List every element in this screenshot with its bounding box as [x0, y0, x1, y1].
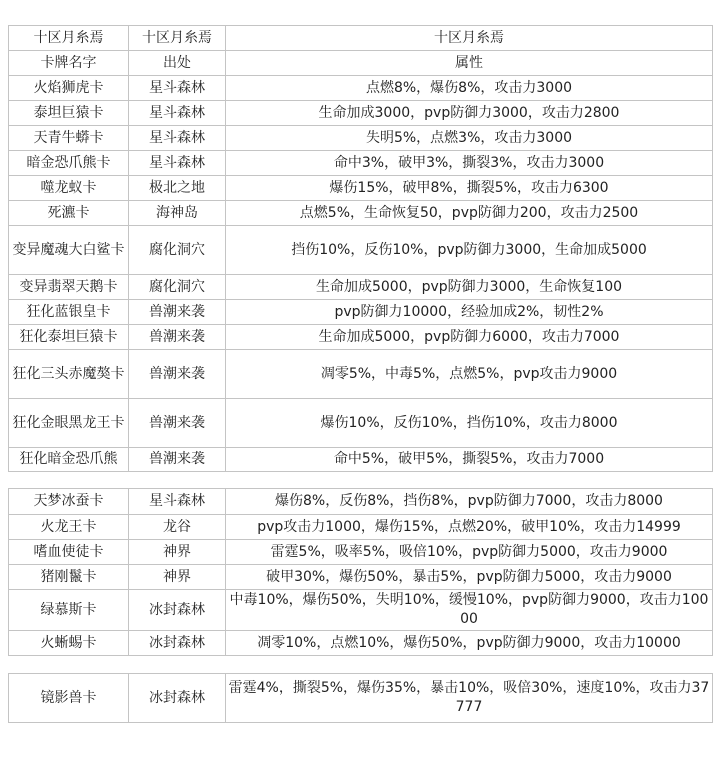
source-cell: 兽潮来袭 — [129, 399, 226, 448]
card-name-cell: 绿慕斯卡 — [9, 590, 129, 631]
table-row: 猪刚鬣卡神界破甲30%，爆伤50%，暴击5%，pvp防御力5000，攻击力900… — [9, 565, 713, 590]
table-row: 泰坦巨猿卡星斗森林生命加成3000，pvp防御力3000，攻击力2800 — [9, 101, 713, 126]
source-cell: 星斗森林 — [129, 101, 226, 126]
attributes-cell: 爆伤10%，反伤10%，挡伤10%，攻击力8000 — [226, 399, 713, 448]
table-row: 变异魔魂大白鲨卡腐化洞穴挡伤10%，反伤10%，pvp防御力3000，生命加成5… — [9, 226, 713, 275]
card-name-cell: 狂化三头赤魔獒卡 — [9, 350, 129, 399]
table-row: 暗金恐爪熊卡星斗森林命中3%，破甲3%，撕裂3%，攻击力3000 — [9, 151, 713, 176]
card-name-cell: 镜影兽卡 — [9, 674, 129, 723]
table-row: 狂化金眼黑龙王卡兽潮来袭爆伤10%，反伤10%，挡伤10%，攻击力8000 — [9, 399, 713, 448]
attributes-cell: 爆伤8%，反伤8%，挡伤8%，pvp防御力7000，攻击力8000 — [226, 489, 713, 515]
source-cell: 极北之地 — [129, 176, 226, 201]
card-name-cell: 狂化蓝银皇卡 — [9, 300, 129, 325]
attributes-cell: 挡伤10%，反伤10%，pvp防御力3000，生命加成5000 — [226, 226, 713, 275]
header-source: 出处 — [129, 51, 226, 76]
card-name-cell: 猪刚鬣卡 — [9, 565, 129, 590]
title-cell: 十区月糸焉 — [9, 26, 129, 51]
card-name-cell: 天青牛蟒卡 — [9, 126, 129, 151]
table-row: 火焰狮虎卡星斗森林点燃8%，爆伤8%，攻击力3000 — [9, 76, 713, 101]
card-name-cell: 狂化金眼黑龙王卡 — [9, 399, 129, 448]
attributes-cell: 命中3%，破甲3%，撕裂3%，攻击力3000 — [226, 151, 713, 176]
attributes-cell: pvp攻击力1000，爆伤15%，点燃20%，破甲10%，攻击力14999 — [226, 515, 713, 540]
attributes-cell: 点燃8%，爆伤8%，攻击力3000 — [226, 76, 713, 101]
table-row: 狂化三头赤魔獒卡兽潮来袭凋零5%，中毒5%，点燃5%，pvp攻击力9000 — [9, 350, 713, 399]
source-cell: 神界 — [129, 540, 226, 565]
title-row: 十区月糸焉 十区月糸焉 十区月糸焉 — [9, 26, 713, 51]
card-table-third: 镜影兽卡冰封森林雷霆4%，撕裂5%，爆伤35%，暴击10%，吸倍30%，速度10… — [8, 673, 713, 723]
source-cell: 冰封森林 — [129, 674, 226, 723]
card-table-second: 天梦冰蚕卡星斗森林爆伤8%，反伤8%，挡伤8%，pvp防御力7000，攻击力80… — [8, 488, 713, 656]
source-cell: 腐化洞穴 — [129, 226, 226, 275]
card-name-cell: 变异魔魂大白鲨卡 — [9, 226, 129, 275]
table-row: 镜影兽卡冰封森林雷霆4%，撕裂5%，爆伤35%，暴击10%，吸倍30%，速度10… — [9, 674, 713, 723]
attributes-cell: 中毒10%，爆伤50%，失明10%，缓慢10%，pvp防御力9000，攻击力10… — [226, 590, 713, 631]
source-cell: 海神岛 — [129, 201, 226, 226]
card-name-cell: 泰坦巨猿卡 — [9, 101, 129, 126]
source-cell: 腐化洞穴 — [129, 275, 226, 300]
card-name-cell: 暗金恐爪熊卡 — [9, 151, 129, 176]
attributes-cell: 点燃5%，生命恢复50，pvp防御力200，攻击力2500 — [226, 201, 713, 226]
table-row: 变异翡翠天鹅卡腐化洞穴生命加成5000，pvp防御力3000，生命恢复100 — [9, 275, 713, 300]
table-row: 狂化蓝银皇卡兽潮来袭pvp防御力10000，经验加成2%，韧性2% — [9, 300, 713, 325]
source-cell: 龙谷 — [129, 515, 226, 540]
table-row: 绿慕斯卡冰封森林中毒10%，爆伤50%，失明10%，缓慢10%，pvp防御力90… — [9, 590, 713, 631]
source-cell: 兽潮来袭 — [129, 350, 226, 399]
table-row: 狂化暗金恐爪熊兽潮来袭命中5%，破甲5%，撕裂5%，攻击力7000 — [9, 448, 713, 472]
attributes-cell: 破甲30%，爆伤50%，暴击5%，pvp防御力5000，攻击力9000 — [226, 565, 713, 590]
table-row: 死瀌卡海神岛点燃5%，生命恢复50，pvp防御力200，攻击力2500 — [9, 201, 713, 226]
card-table-main: 十区月糸焉 十区月糸焉 十区月糸焉 卡牌名字 出处 属性 火焰狮虎卡星斗森林点燃… — [8, 25, 713, 472]
table-row: 狂化泰坦巨猿卡兽潮来袭生命加成5000，pvp防御力6000，攻击力7000 — [9, 325, 713, 350]
card-name-cell: 变异翡翠天鹅卡 — [9, 275, 129, 300]
card-name-cell: 火蜥蜴卡 — [9, 631, 129, 656]
attributes-cell: 雷霆5%，吸率5%，吸倍10%，pvp防御力5000，攻击力9000 — [226, 540, 713, 565]
card-name-cell: 天梦冰蚕卡 — [9, 489, 129, 515]
header-attributes: 属性 — [226, 51, 713, 76]
source-cell: 兽潮来袭 — [129, 325, 226, 350]
source-cell: 冰封森林 — [129, 590, 226, 631]
source-cell: 兽潮来袭 — [129, 300, 226, 325]
table-row: 天梦冰蚕卡星斗森林爆伤8%，反伤8%，挡伤8%，pvp防御力7000，攻击力80… — [9, 489, 713, 515]
attributes-cell: 凋零10%，点燃10%，爆伤50%，pvp防御力9000，攻击力10000 — [226, 631, 713, 656]
attributes-cell: 生命加成5000，pvp防御力3000，生命恢复100 — [226, 275, 713, 300]
attributes-cell: 失明5%，点燃3%，攻击力3000 — [226, 126, 713, 151]
source-cell: 星斗森林 — [129, 151, 226, 176]
attributes-cell: 凋零5%，中毒5%，点燃5%，pvp攻击力9000 — [226, 350, 713, 399]
attributes-cell: 生命加成3000，pvp防御力3000，攻击力2800 — [226, 101, 713, 126]
attributes-cell: 生命加成5000，pvp防御力6000，攻击力7000 — [226, 325, 713, 350]
card-name-cell: 火焰狮虎卡 — [9, 76, 129, 101]
source-cell: 兽潮来袭 — [129, 448, 226, 472]
table-row: 嗜血使徒卡神界雷霆5%，吸率5%，吸倍10%，pvp防御力5000，攻击力900… — [9, 540, 713, 565]
table-row: 天青牛蟒卡星斗森林失明5%，点燃3%，攻击力3000 — [9, 126, 713, 151]
source-cell: 神界 — [129, 565, 226, 590]
title-cell: 十区月糸焉 — [226, 26, 713, 51]
card-name-cell: 狂化暗金恐爪熊 — [9, 448, 129, 472]
table-row: 火蜥蜴卡冰封森林凋零10%，点燃10%，爆伤50%，pvp防御力9000，攻击力… — [9, 631, 713, 656]
source-cell: 星斗森林 — [129, 76, 226, 101]
title-cell: 十区月糸焉 — [129, 26, 226, 51]
attributes-cell: 爆伤15%，破甲8%，撕裂5%，攻击力6300 — [226, 176, 713, 201]
attributes-cell: 雷霆4%，撕裂5%，爆伤35%，暴击10%，吸倍30%，速度10%，攻击力377… — [226, 674, 713, 723]
card-name-cell: 死瀌卡 — [9, 201, 129, 226]
card-name-cell: 嗜血使徒卡 — [9, 540, 129, 565]
attributes-cell: pvp防御力10000，经验加成2%，韧性2% — [226, 300, 713, 325]
source-cell: 星斗森林 — [129, 126, 226, 151]
card-name-cell: 噬龙蚁卡 — [9, 176, 129, 201]
source-cell: 星斗森林 — [129, 489, 226, 515]
card-name-cell: 火龙王卡 — [9, 515, 129, 540]
source-cell: 冰封森林 — [129, 631, 226, 656]
attributes-cell: 命中5%，破甲5%，撕裂5%，攻击力7000 — [226, 448, 713, 472]
table-row: 噬龙蚁卡极北之地爆伤15%，破甲8%，撕裂5%，攻击力6300 — [9, 176, 713, 201]
header-row: 卡牌名字 出处 属性 — [9, 51, 713, 76]
table-row: 火龙王卡龙谷pvp攻击力1000，爆伤15%，点燃20%，破甲10%，攻击力14… — [9, 515, 713, 540]
card-name-cell: 狂化泰坦巨猿卡 — [9, 325, 129, 350]
header-card-name: 卡牌名字 — [9, 51, 129, 76]
